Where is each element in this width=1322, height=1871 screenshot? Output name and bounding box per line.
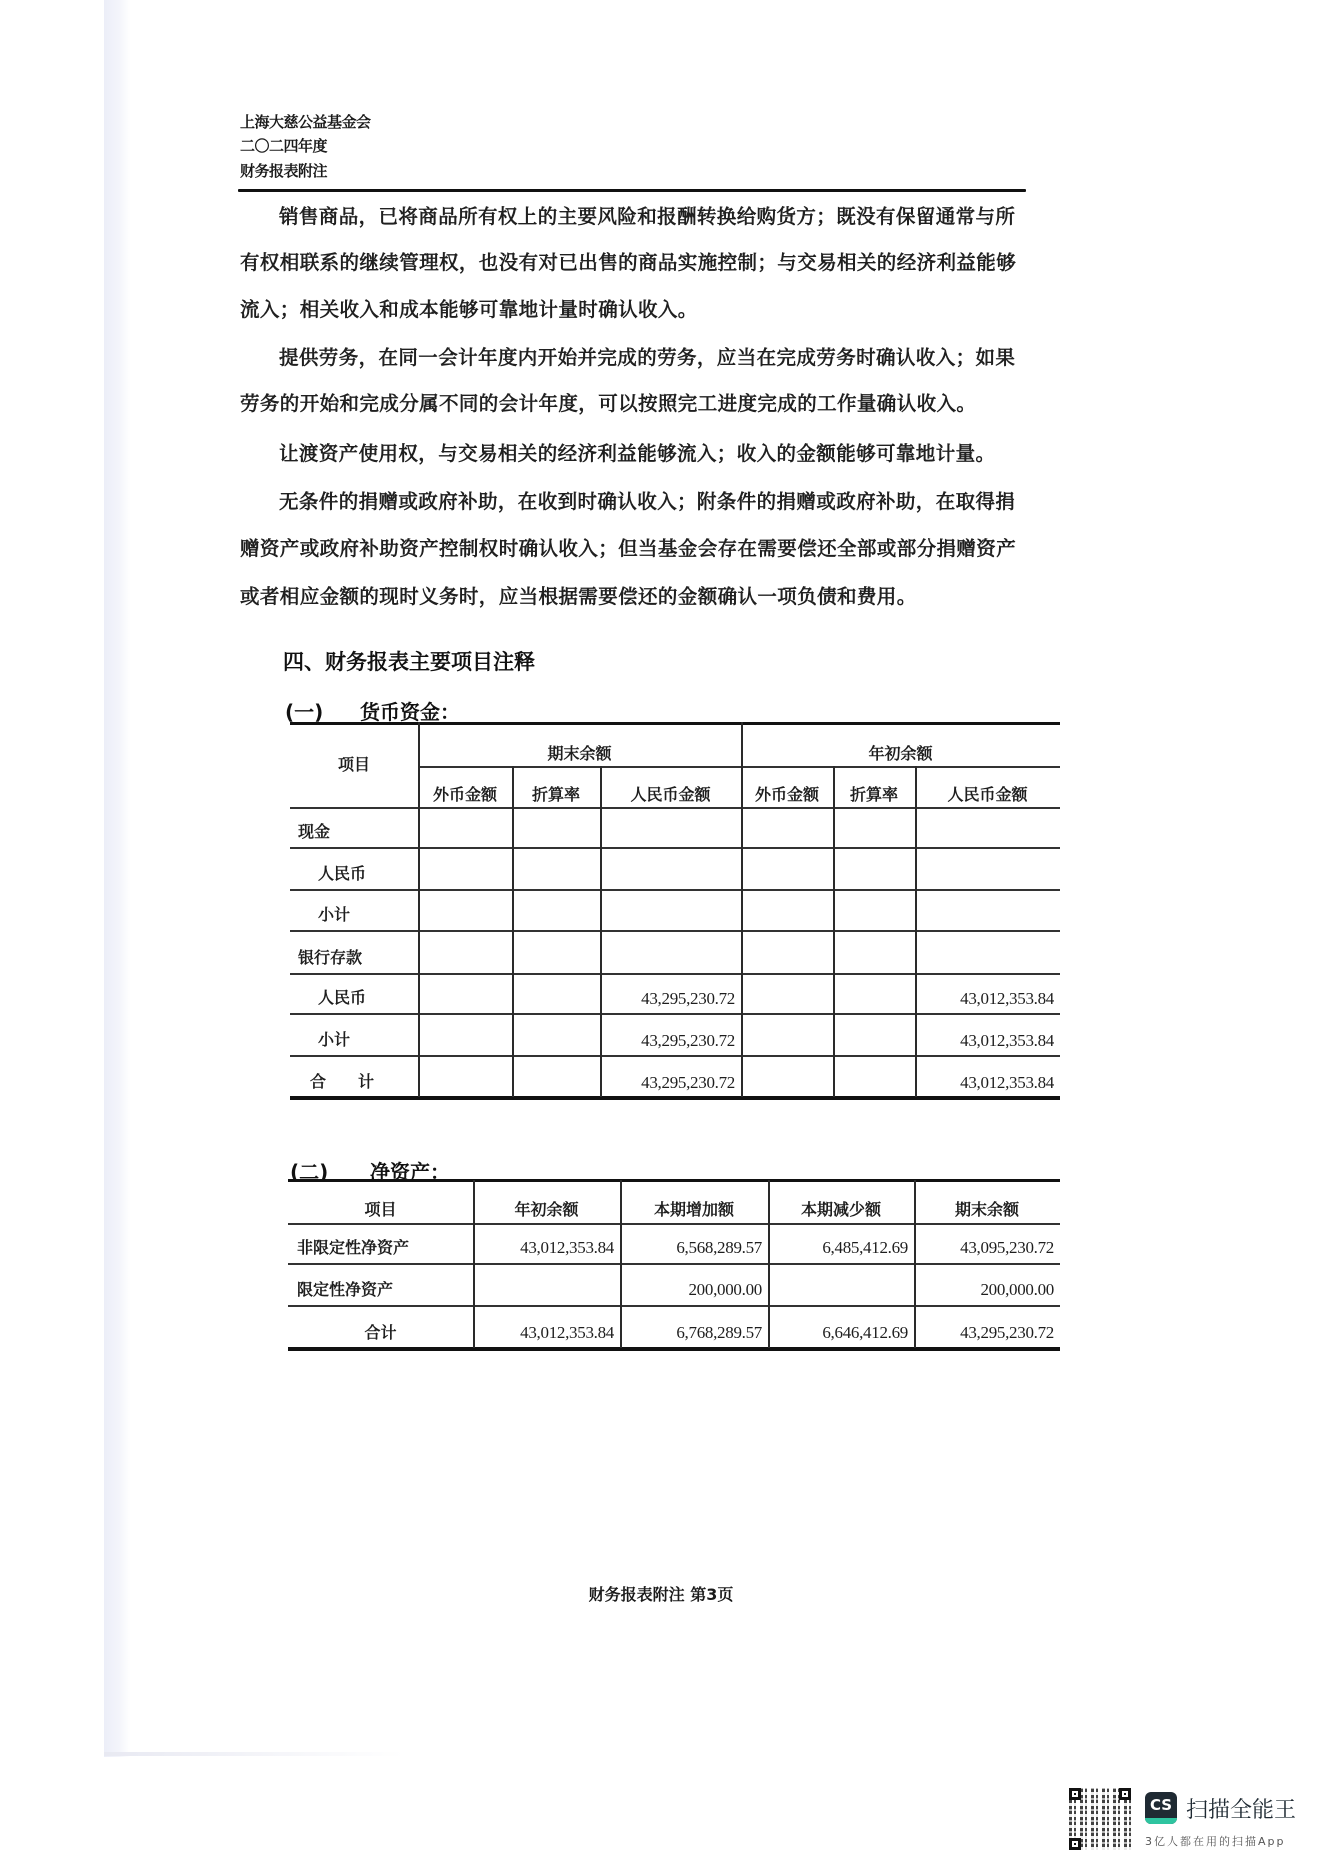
paragraph-line: 销售商品，已将商品所有权上的主要风险和报酬转换给购货方；既没有保留通常与所: [279, 205, 1015, 229]
row-line: [288, 1305, 1060, 1307]
column-header: 本期减少额: [768, 1197, 914, 1220]
column-line: [512, 766, 514, 1097]
column-subheader: 人民币金额: [915, 782, 1060, 805]
column-subheader: 折算率: [833, 782, 915, 805]
scanned-page-bottom-edge: [104, 1752, 404, 1756]
row-line: [288, 1263, 1060, 1265]
app-tagline: 3亿人都在用的扫描App: [1145, 1833, 1286, 1849]
header-rule: [238, 189, 1026, 192]
amount-cell: 6,646,412.69: [768, 1323, 908, 1343]
qr-finder-top-right: [1119, 1788, 1131, 1800]
qr-finder-bottom-left: [1069, 1838, 1081, 1850]
row-label: 非限定性净资产: [297, 1235, 409, 1258]
header-year: 二〇二四年度: [240, 137, 327, 155]
column-line: [418, 722, 420, 1097]
row-label: 小计: [318, 1027, 350, 1050]
paragraph-line: 无条件的捐赠或政府补助，在收到时确认收入；附条件的捐赠或政府补助，在取得捐: [279, 490, 1015, 514]
column-header: 期末余额: [914, 1197, 1060, 1220]
paragraph-line: 或者相应金额的现时义务时，应当根据需要偿还的金额确认一项负债和费用。: [240, 585, 917, 609]
column-subheader: 人民币金额: [600, 782, 741, 805]
paragraph-line: 提供劳务，在同一会计年度内开始并完成的劳务，应当在完成劳务时确认收入；如果: [279, 346, 1015, 370]
amount-cell: 43,295,230.72: [914, 1323, 1054, 1343]
row-label: 合计: [288, 1320, 473, 1343]
column-subheader: 外币金额: [418, 782, 512, 805]
row-label: 合 计: [310, 1069, 374, 1092]
paragraph-line: 赠资产或政府补助资产控制权时确认收入；但当基金会存在需要偿还全部或部分捐赠资产: [240, 537, 1016, 561]
column-header: 年初余额: [473, 1197, 620, 1220]
row-line: [290, 973, 1060, 975]
amount-cell: 6,568,289.57: [620, 1238, 762, 1258]
column-header: 项目: [288, 1197, 473, 1220]
row-label: 人民币: [318, 985, 366, 1008]
column-header-item: 项目: [290, 752, 418, 775]
amount-cell: 43,012,353.84: [915, 1031, 1054, 1051]
amount-cell: 43,295,230.72: [600, 1031, 735, 1051]
paragraph-line: 让渡资产使用权，与交易相关的经济利益能够流入；收入的金额能够可靠地计量。: [279, 442, 995, 466]
amount-cell: 200,000.00: [620, 1280, 762, 1300]
group-header-period-end: 期末余额: [418, 741, 741, 764]
row-label: 现金: [298, 819, 330, 842]
row-line: [290, 889, 1060, 891]
header-org-name: 上海大慈公益基金会: [240, 113, 371, 131]
table-bottom-rule: [288, 1347, 1060, 1351]
amount-cell: 43,295,230.72: [600, 1073, 735, 1093]
paragraph-line: 流入；相关收入和成本能够可靠地计量时确认收入。: [240, 298, 698, 322]
row-label: 人民币: [318, 861, 366, 884]
table-top-rule: [288, 1179, 1060, 1182]
row-label: 银行存款: [298, 945, 362, 968]
scanned-page-edge: [104, 0, 130, 1757]
cash-section-title: 货币资金：: [360, 696, 460, 725]
column-subheader: 折算率: [512, 782, 600, 805]
column-header: 本期增加额: [620, 1197, 768, 1220]
amount-cell: 43,012,353.84: [915, 989, 1054, 1009]
amount-cell: 6,485,412.69: [768, 1238, 908, 1258]
row-line: [290, 1055, 1060, 1057]
table-bottom-rule: [290, 1096, 1060, 1100]
amount-cell: 6,768,289.57: [620, 1323, 762, 1343]
row-line: [290, 847, 1060, 849]
cash-section-number: (一): [285, 696, 323, 725]
row-label: 小计: [318, 902, 350, 925]
row-line: [290, 1013, 1060, 1015]
paragraph-line: 有权相联系的继续管理权，也没有对已出售的商品实施控制；与交易相关的经济利益能够: [240, 251, 1016, 275]
header-bottom-line: [290, 807, 1060, 809]
row-line: [290, 930, 1060, 932]
header-bottom-line: [288, 1223, 1060, 1225]
amount-cell: 43,095,230.72: [914, 1238, 1054, 1258]
row-label: 限定性净资产: [297, 1277, 393, 1300]
page-footer: 财务报表附注 第3页: [0, 1582, 1322, 1605]
app-name: 扫描全能王: [1186, 1793, 1296, 1824]
camscanner-logo-icon: CS: [1145, 1792, 1177, 1824]
amount-cell: 200,000.00: [914, 1280, 1054, 1300]
column-line: [741, 722, 743, 1097]
logo-accent-bar: [1145, 1818, 1177, 1824]
logo-text: CS: [1145, 1796, 1177, 1814]
column-line: [833, 766, 835, 1097]
section-heading: 四、财务报表主要项目注释: [283, 646, 535, 676]
amount-cell: 43,012,353.84: [473, 1238, 614, 1258]
header-divider: [418, 766, 1060, 768]
group-header-year-begin: 年初余额: [741, 741, 1060, 764]
amount-cell: 43,012,353.84: [473, 1323, 614, 1343]
amount-cell: 43,295,230.72: [600, 989, 735, 1009]
header-doc-title: 财务报表附注: [240, 162, 327, 180]
scanner-watermark: CS 扫描全能王 3亿人都在用的扫描App: [1060, 1785, 1322, 1871]
table-top-rule: [290, 722, 1060, 725]
qr-finder-top-left: [1069, 1788, 1081, 1800]
column-subheader: 外币金额: [741, 782, 833, 805]
paragraph-line: 劳务的开始和完成分属不同的会计年度，可以按照完工进度完成的工作量确认收入。: [240, 392, 976, 416]
amount-cell: 43,012,353.84: [915, 1073, 1054, 1093]
